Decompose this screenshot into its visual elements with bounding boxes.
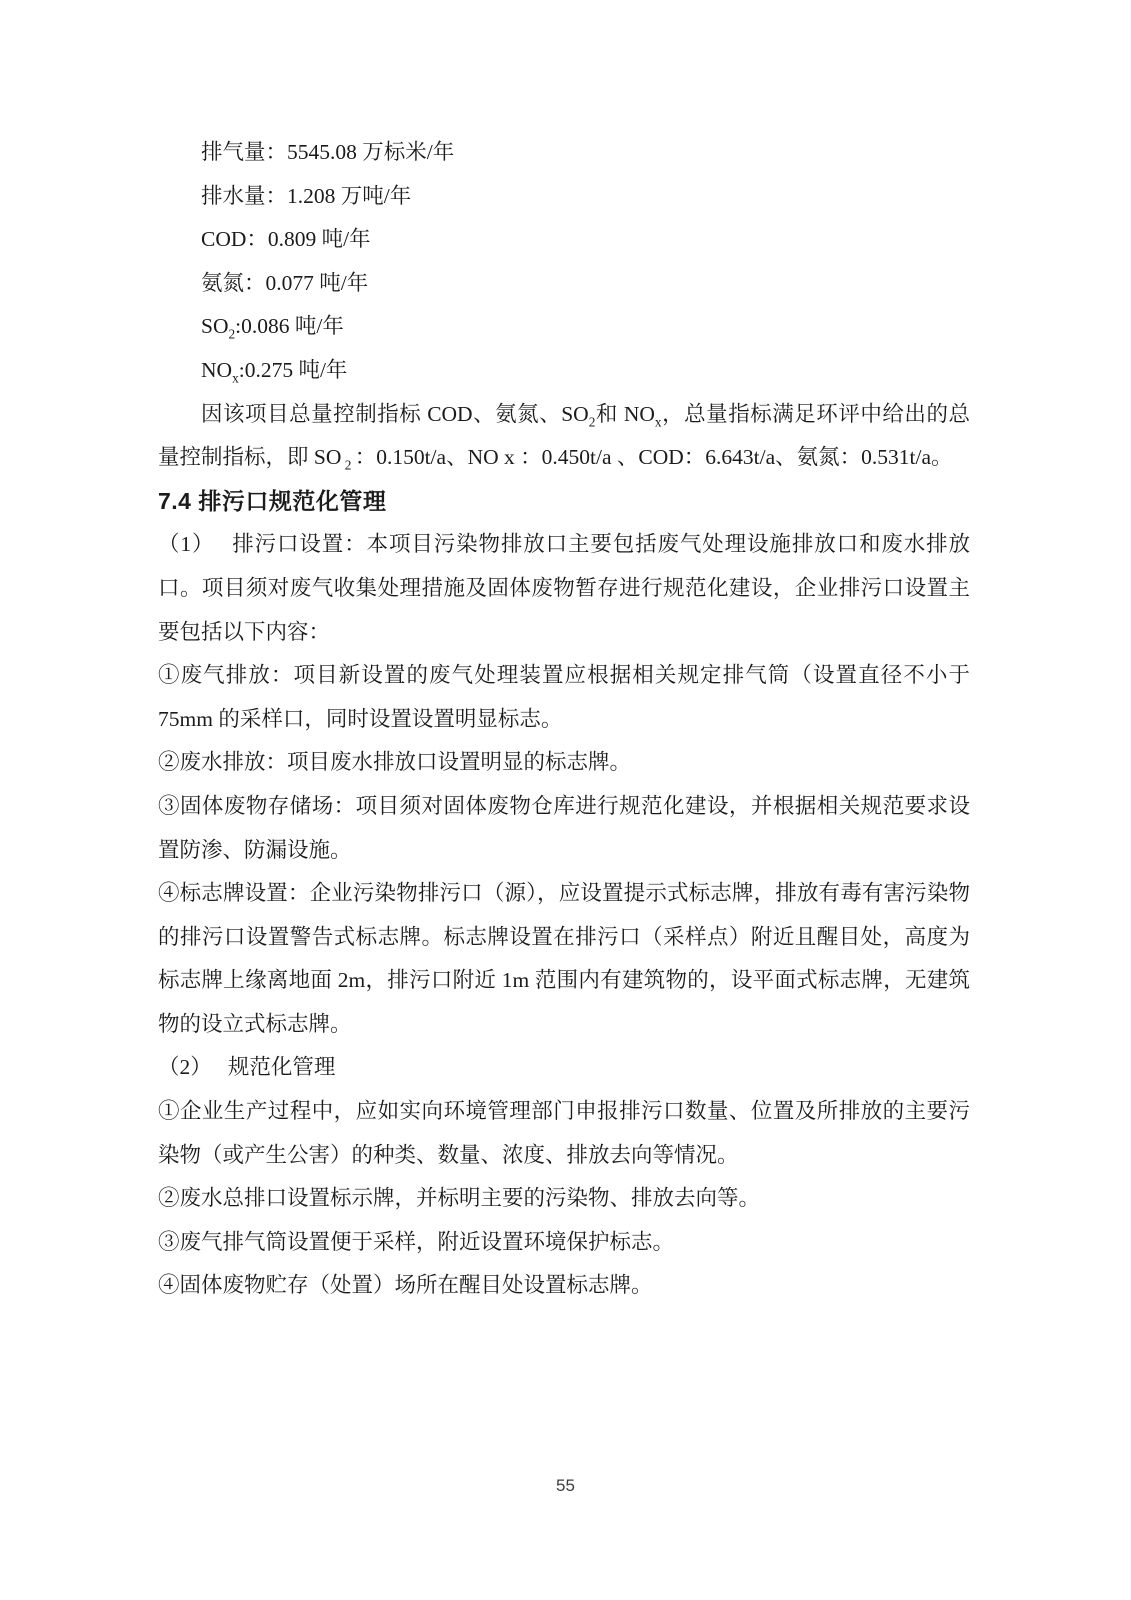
document-page: 排气量：5545.08 万标米/年 排水量：1.208 万吨/年 COD：0.8… — [0, 0, 1131, 1600]
paragraph-mgmt-item-3: ③废气排气筒设置便于采样，附近设置环境保护标志。 — [158, 1221, 970, 1265]
paragraph-mgmt-item-4: ④固体废物贮存（处置）场所在醒目处设置标志牌。 — [158, 1264, 970, 1308]
emission-line-wastewater: 排水量：1.208 万吨/年 — [158, 175, 970, 219]
emission-line-nox: NOx:0.275 吨/年 — [158, 349, 970, 393]
document-body: 排气量：5545.08 万标米/年 排水量：1.208 万吨/年 COD：0.8… — [158, 131, 970, 1308]
paragraph-item-2-water: ②废水排放：项目废水排放口设置明显的标志牌。 — [158, 741, 970, 785]
section-heading-7-4: 7.4 排污口规范化管理 — [158, 480, 970, 524]
total-control-summary-paragraph: 因该项目总量控制指标 COD、氨氮、SO2和 NOx，总量指标满足环评中给出的总… — [158, 393, 970, 480]
emission-line-ammonia: 氨氮：0.077 吨/年 — [158, 262, 970, 306]
paragraph-item-3-solid-waste: ③固体废物存储场：项目须对固体废物仓库进行规范化建设，并根据相关规范要求设置防渗… — [158, 785, 970, 872]
paragraph-item-4-signboard: ④标志牌设置：企业污染物排污口（源），应设置提示式标志牌，排放有毒有害污染物的排… — [158, 872, 970, 1046]
emission-line-so2: SO2:0.086 吨/年 — [158, 305, 970, 349]
page-number: 55 — [0, 1476, 1131, 1496]
paragraph-item-1-gas: ①废气排放：项目新设置的废气处理装置应根据相关规定排气筒（设置直径不小于 75m… — [158, 654, 970, 741]
paragraph-standardized-management: （2） 规范化管理 — [158, 1046, 970, 1090]
emission-line-exhaust-gas: 排气量：5545.08 万标米/年 — [158, 131, 970, 175]
emission-line-cod: COD：0.809 吨/年 — [158, 218, 970, 262]
paragraph-mgmt-item-1: ①企业生产过程中，应如实向环境管理部门申报排污口数量、位置及所排放的主要污染物（… — [158, 1090, 970, 1177]
paragraph-mgmt-item-2: ②废水总排口设置标示牌，并标明主要的污染物、排放去向等。 — [158, 1177, 970, 1221]
paragraph-outlet-setup: （1） 排污口设置：本项目污染物排放口主要包括废气处理设施排放口和废水排放口。项… — [158, 523, 970, 654]
